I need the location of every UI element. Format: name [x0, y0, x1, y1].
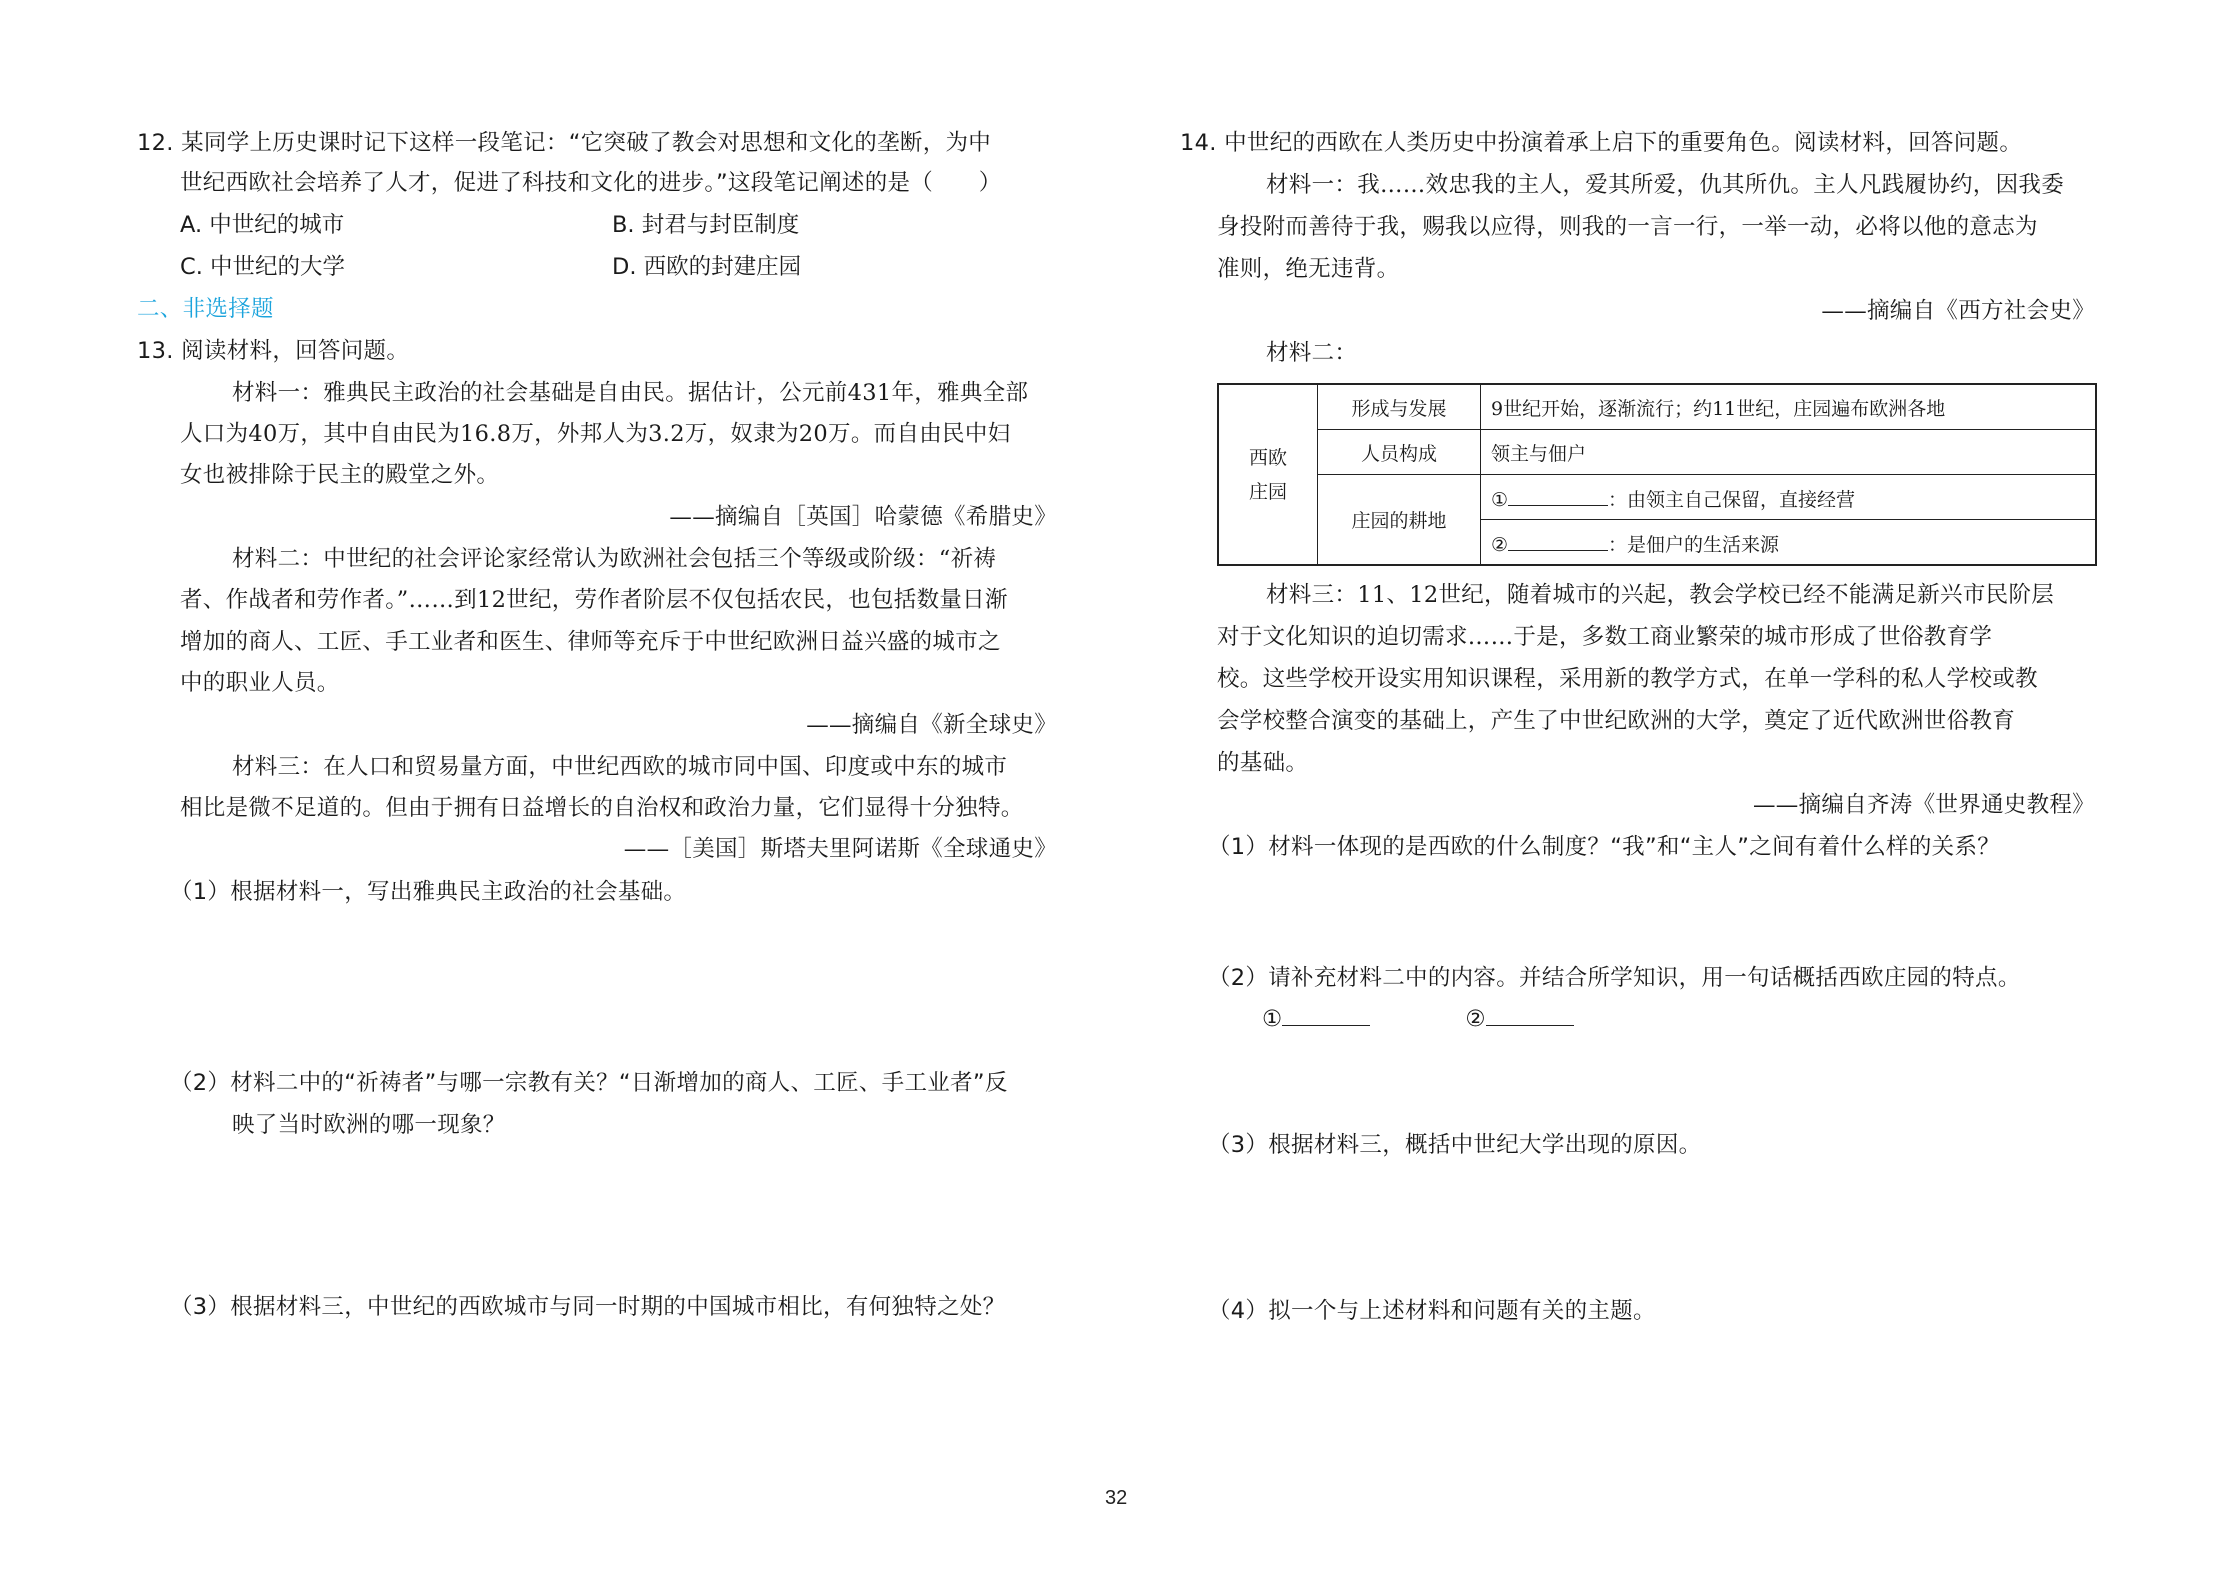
q12-line-1: 12. 某同学上历史课时记下这样一段笔记：“它突破了教会对思想和文化的垄断，为中 — [137, 128, 991, 158]
answer-circled-one: ① — [1262, 1006, 1282, 1032]
manor-label-members: 人员构成 — [1318, 430, 1481, 475]
fill-blank-1[interactable] — [1508, 483, 1608, 506]
q12-option-d[interactable]: D. 西欧的封建庄园 — [612, 252, 801, 282]
manor-label-farmland: 庄园的耕地 — [1318, 475, 1481, 566]
q12-option-b[interactable]: B. 封君与封臣制度 — [612, 210, 799, 240]
q13-material2-line-3: 增加的商人、工匠、手工业者和医生、律师等充斥于中世纪欧洲日益兴盛的城市之 — [180, 627, 1001, 657]
manor-value-farmland-2: ②：是佃户的生活来源 — [1481, 520, 2097, 566]
farmland-2-text: ：是佃户的生活来源 — [1608, 534, 1779, 556]
farmland-1-text: ：由领主自己保留，直接经营 — [1608, 489, 1855, 511]
manor-label-formation: 形成与发展 — [1318, 384, 1481, 430]
q14-material1-line-1: 材料一：我……效忠我的主人，爱其所爱，仇其所仇。主人凡践履协约，因我委 — [1266, 170, 2064, 200]
q13-material3-line-1: 材料三：在人口和贸易量方面，中世纪西欧的城市同中国、印度或中东的城市 — [232, 752, 1007, 782]
q13-sub1: （1）根据材料一，写出雅典民主政治的社会基础。 — [170, 877, 686, 907]
q13-material1-line-1: 材料一：雅典民主政治的社会基础是自由民。据估计，公元前431年，雅典全部 — [232, 378, 1028, 408]
q14-material3-line-4: 会学校整合演变的基础上，产生了中世纪欧洲的大学，奠定了近代欧洲世俗教育 — [1217, 706, 2015, 736]
fill-blank-2[interactable] — [1508, 528, 1608, 551]
q13-material1-source: ——摘编自［英国］哈蒙德《希腊史》 — [669, 502, 1057, 532]
manor-table: 西欧 庄园 形成与发展 9世纪开始，逐渐流行；约11世纪，庄园遍布欧洲各地 人员… — [1217, 383, 2097, 566]
manor-value-members: 领主与佃户 — [1481, 430, 2097, 475]
q13-sub2-line-1: （2）材料二中的“祈祷者”与哪一宗教有关？“日渐增加的商人、工匠、手工业者”反 — [170, 1068, 1008, 1098]
q13-material2-line-2: 者、作战者和劳作者。”……到12世纪，劳作者阶层不仅包括农民，也包括数量日渐 — [180, 585, 1008, 615]
q12-option-a[interactable]: A. 中世纪的城市 — [180, 210, 344, 240]
q14-material3-line-5: 的基础。 — [1217, 748, 1308, 778]
answer-blank-2[interactable] — [1486, 1005, 1574, 1026]
q14-material3-source: ——摘编自齐涛《世界通史教程》 — [1753, 790, 2095, 820]
q13-material2-line-1: 材料二：中世纪的社会评论家经常认为欧洲社会包括三个等级或阶级：“祈祷 — [232, 544, 996, 574]
q12-line-2: 世纪西欧社会培养了人才，促进了科技和文化的进步。”这段笔记阐述的是（ ） — [180, 168, 1002, 198]
q13-stem: 13. 阅读材料，回答问题。 — [137, 336, 409, 366]
q14-material1-source: ——摘编自《西方社会史》 — [1821, 296, 2095, 326]
q13-material3-line-2: 相比是微不足道的。但由于拥有日益增长的自治权和政治力量，它们显得十分独特。 — [180, 793, 1024, 823]
q13-material2-line-4: 中的职业人员。 — [180, 668, 340, 698]
q14-sub2: （2）请补充材料二中的内容。并结合所学知识，用一句话概括西欧庄园的特点。 — [1208, 963, 2021, 993]
page-number: 32 — [1105, 1487, 1127, 1510]
manor-header-line1: 西欧 — [1249, 447, 1287, 469]
answer-circled-two: ② — [1465, 1006, 1485, 1032]
q13-material1-line-2: 人口为40万，其中自由民为16.8万，外邦人为3.2万，奴隶为20万。而自由民中… — [180, 419, 1010, 449]
q13-material1-line-3: 女也被排除于民主的殿堂之外。 — [180, 460, 499, 490]
section-heading: 二、非选择题 — [137, 294, 274, 324]
q13-material2-source: ——摘编自《新全球史》 — [806, 710, 1057, 740]
q13-sub2-line-2: 映了当时欧洲的哪一现象？ — [232, 1110, 506, 1140]
q12-option-c[interactable]: C. 中世纪的大学 — [180, 252, 345, 282]
q14-sub3: （3）根据材料三，概括中世纪大学出现的原因。 — [1208, 1130, 1701, 1160]
q14-material3-line-1: 材料三：11、12世纪，随着城市的兴起，教会学校已经不能满足新兴市民阶层 — [1266, 580, 2054, 610]
manor-value-farmland-1: ①：由领主自己保留，直接经营 — [1481, 475, 2097, 520]
q14-stem: 14. 中世纪的西欧在人类历史中扮演着承上启下的重要角色。阅读材料，回答问题。 — [1180, 128, 2022, 158]
q14-material3-line-3: 校。这些学校开设实用知识课程，采用新的教学方式，在单一学科的私人学校或教 — [1217, 664, 2038, 694]
circled-one: ① — [1491, 489, 1508, 511]
manor-value-formation: 9世纪开始，逐渐流行；约11世纪，庄园遍布欧洲各地 — [1481, 384, 2097, 430]
circled-two: ② — [1491, 534, 1508, 556]
answer-blank-1[interactable] — [1282, 1005, 1370, 1026]
manor-header-line2: 庄园 — [1249, 481, 1287, 503]
q13-material3-source: ——［美国］斯塔夫里阿诺斯《全球通史》 — [624, 834, 1057, 864]
q14-material3-line-2: 对于文化知识的迫切需求……于是，多数工商业繁荣的城市形成了世俗教育学 — [1217, 622, 1992, 652]
q14-sub1: （1）材料一体现的是西欧的什么制度？“我”和“主人”之间有着什么样的关系？ — [1208, 832, 2000, 862]
q14-sub4: （4）拟一个与上述材料和问题有关的主题。 — [1208, 1296, 1656, 1326]
q14-material2-label: 材料二： — [1266, 338, 1357, 368]
manor-row-header: 西欧 庄园 — [1218, 384, 1318, 565]
q14-sub2-answers: ① ② — [1262, 1004, 1574, 1034]
q13-sub3: （3）根据材料三，中世纪的西欧城市与同一时期的中国城市相比，有何独特之处？ — [170, 1292, 1005, 1322]
q14-material1-line-2: 身投附而善待于我，赐我以应得，则我的一言一行，一举一动，必将以他的意志为 — [1217, 212, 2038, 242]
q14-material1-line-3: 准则，绝无违背。 — [1217, 254, 1399, 284]
